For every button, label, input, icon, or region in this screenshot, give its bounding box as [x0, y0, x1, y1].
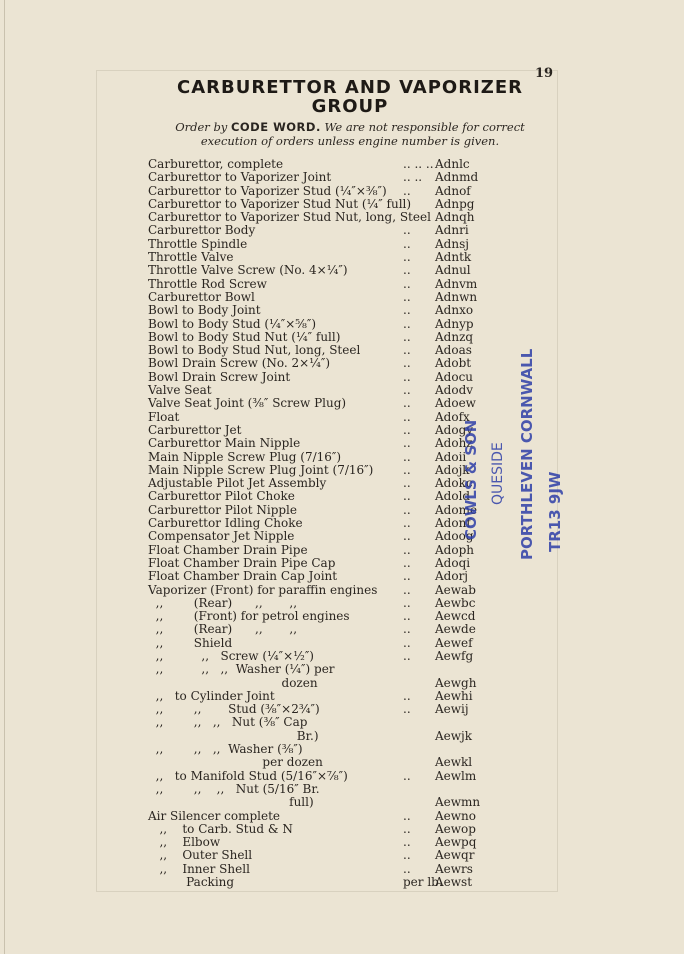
item-leader: ..: [403, 437, 411, 450]
item-leader: .. ..: [403, 171, 422, 184]
item-code-word: Adoew: [435, 397, 476, 410]
list-item: Float Chamber Drain Cap Joint..Adorj: [148, 570, 518, 583]
list-item: ,, ,, ,, Washer (¼″) per: [148, 663, 518, 676]
list-item: Throttle Spindle..Adnsj: [148, 238, 518, 251]
list-item: ,, to Carb. Stud & N..Aewop: [148, 823, 518, 836]
item-description: Valve Seat: [148, 384, 212, 397]
item-code-word: Adnpg: [435, 198, 474, 211]
item-description: Carburettor Jet: [148, 424, 241, 437]
list-item: Packingper lb.Aewst: [148, 876, 518, 889]
title-line-2: GROUP: [140, 97, 560, 116]
list-item: Float Chamber Drain Pipe Cap..Adoqi: [148, 557, 518, 570]
item-code-word: Aewno: [435, 810, 476, 823]
list-item: ,, ,, ,, Washer (⅜″): [148, 743, 518, 756]
list-item: Bowl to Body Stud (¼″×⅝″)..Adnyp: [148, 318, 518, 331]
item-leader: ..: [403, 504, 411, 517]
item-leader: ..: [403, 238, 411, 251]
item-leader: ..: [403, 424, 411, 437]
list-item: dozenAewgh: [148, 677, 518, 690]
item-leader: ..: [403, 185, 411, 198]
list-item: Bowl to Body Stud Nut (¼″ full)..Adnzq: [148, 331, 518, 344]
list-item: ,, ,, Screw (¼″×½″)..Aewfg: [148, 650, 518, 663]
item-leader: ..: [403, 278, 411, 291]
item-code-word: Adorj: [435, 570, 468, 583]
item-code-word: Adnof: [435, 185, 471, 198]
list-item: Br.)Aewjk: [148, 730, 518, 743]
item-leader: ..: [403, 690, 411, 703]
item-description: Adjustable Pilot Jet Assembly: [148, 477, 326, 490]
item-code-word: Adoas: [435, 344, 472, 357]
item-description: ,, ,, ,, Nut (5/16″ Br.: [148, 783, 320, 796]
item-leader: ..: [403, 490, 411, 503]
item-leader: ..: [403, 863, 411, 876]
item-code-word: Adnzq: [435, 331, 473, 344]
item-description: ,, to Carb. Stud & N: [148, 823, 293, 836]
item-code-word: Adnyp: [435, 318, 474, 331]
item-description: Main Nipple Screw Plug Joint (7/16″): [148, 464, 373, 477]
list-item: Throttle Valve Screw (No. 4×¼″)..Adnul: [148, 264, 518, 277]
item-leader: ..: [403, 557, 411, 570]
item-code-word: Aewrs: [435, 863, 473, 876]
item-leader: ..: [403, 637, 411, 650]
item-leader: ..: [403, 650, 411, 663]
item-code-word: Aewpq: [435, 836, 476, 849]
item-leader: ..: [403, 464, 411, 477]
item-description: Float Chamber Drain Pipe: [148, 544, 308, 557]
item-code-word: Aewfg: [435, 650, 473, 663]
item-description: Carburettor to Vaporizer Joint: [148, 171, 331, 184]
list-item: Carburettor Bowl..Adnwn: [148, 291, 518, 304]
item-leader: ..: [403, 836, 411, 849]
item-leader: ..: [403, 371, 411, 384]
stamp-line-1: COWLS & SON: [462, 420, 480, 540]
item-description: Bowl to Body Stud (¼″×⅝″): [148, 318, 316, 331]
item-description: ,, (Rear) ,, ,,: [148, 623, 297, 636]
item-code-word: Adodv: [435, 384, 473, 397]
item-leader: ..: [403, 544, 411, 557]
item-code-word: Aewmn: [435, 796, 480, 809]
item-description: dozen: [148, 677, 318, 690]
item-description: ,, ,, Screw (¼″×½″): [148, 650, 314, 663]
list-item: Throttle Rod Screw..Adnvm: [148, 278, 518, 291]
list-item: Carburettor, complete.. .. ..Adnlc: [148, 158, 518, 171]
item-code-word: Adnlc: [435, 158, 470, 171]
item-leader: ..: [403, 810, 411, 823]
stamp-line-3: PORTHLEVEN CORNWALL: [518, 349, 536, 560]
item-description: Carburettor Bowl: [148, 291, 255, 304]
order-instructions: Order by CODE WORD. We are not responsib…: [150, 120, 550, 148]
item-description: Throttle Spindle: [148, 238, 247, 251]
item-code-word: Adnul: [435, 264, 471, 277]
list-item: Bowl to Body Stud Nut, long, Steel..Adoa…: [148, 344, 518, 357]
item-leader: ..: [403, 823, 411, 836]
item-leader: ..: [403, 517, 411, 530]
list-item: Carburettor to Vaporizer Stud (¼″×⅜″)..A…: [148, 185, 518, 198]
item-code-word: Aewkl: [435, 756, 472, 769]
item-description: ,, ,, Stud (⅜″×2¾″): [148, 703, 320, 716]
list-item: Air Silencer complete..Aewno: [148, 810, 518, 823]
item-description: Throttle Valve Screw (No. 4×¼″): [148, 264, 348, 277]
item-description: Valve Seat Joint (⅜″ Screw Plug): [148, 397, 346, 410]
item-leader: ..: [403, 451, 411, 464]
list-item: ,, (Rear) ,, ,,..Aewde: [148, 623, 518, 636]
item-description: Bowl Drain Screw Joint: [148, 371, 290, 384]
item-description: Vaporizer (Front) for paraffin engines: [148, 584, 377, 597]
list-item: ,, ,, Stud (⅜″×2¾″)..Aewij: [148, 703, 518, 716]
item-code-word: Adnqh: [435, 211, 475, 224]
item-leader: ..: [403, 251, 411, 264]
list-item: Valve Seat Joint (⅜″ Screw Plug)..Adoew: [148, 397, 518, 410]
item-leader: ..: [403, 703, 411, 716]
item-code-word: Aewst: [435, 876, 472, 889]
item-code-word: Aewlm: [435, 770, 476, 783]
list-item: ,, Shield..Aewef: [148, 637, 518, 650]
item-leader: ..: [403, 610, 411, 623]
item-code-word: Adoqi: [435, 557, 470, 570]
item-description: ,, Outer Shell: [148, 849, 252, 862]
item-description: Packing: [148, 876, 234, 889]
list-item: Carburettor to Vaporizer Stud Nut, long,…: [148, 211, 518, 224]
item-description: Carburettor to Vaporizer Stud (¼″×⅜″): [148, 185, 387, 198]
item-leader: .. .. ..: [403, 158, 434, 171]
list-item: Float Chamber Drain Pipe..Adoph: [148, 544, 518, 557]
item-description: Bowl Drain Screw (No. 2×¼″): [148, 357, 330, 370]
item-description: Bowl to Body Stud Nut (¼″ full): [148, 331, 340, 344]
item-description: Float Chamber Drain Cap Joint: [148, 570, 337, 583]
item-description: Carburettor Body: [148, 224, 255, 237]
list-item: per dozenAewkl: [148, 756, 518, 769]
item-description: per dozen: [148, 756, 323, 769]
item-description: Carburettor Pilot Nipple: [148, 504, 297, 517]
item-description: Float Chamber Drain Pipe Cap: [148, 557, 335, 570]
item-leader: ..: [403, 770, 411, 783]
item-code-word: Aewab: [435, 584, 476, 597]
item-description: ,, (Front) for petrol engines: [148, 610, 350, 623]
list-item: Carburettor to Vaporizer Joint.. ..Adnmd: [148, 171, 518, 184]
item-description: ,, (Rear) ,, ,,: [148, 597, 297, 610]
item-code-word: Adoph: [435, 544, 474, 557]
item-leader: ..: [403, 344, 411, 357]
list-item: ,, ,, ,, Nut (5/16″ Br.: [148, 783, 518, 796]
list-item: Throttle Valve..Adntk: [148, 251, 518, 264]
list-item: ,, to Cylinder Joint..Aewhi: [148, 690, 518, 703]
item-code-word: Adnvm: [435, 278, 477, 291]
item-leader: ..: [403, 357, 411, 370]
item-leader: ..: [403, 397, 411, 410]
item-code-word: Aewgh: [435, 677, 476, 690]
list-item: Carburettor to Vaporizer Stud Nut (¼″ fu…: [148, 198, 518, 211]
item-leader: ..: [403, 477, 411, 490]
item-description: ,, to Cylinder Joint: [148, 690, 275, 703]
item-description: full): [148, 796, 314, 809]
item-description: Air Silencer complete: [148, 810, 280, 823]
item-leader: ..: [403, 384, 411, 397]
item-code-word: Adnwn: [435, 291, 477, 304]
list-item: Bowl to Body Joint..Adnxo: [148, 304, 518, 317]
instructions-bold: CODE WORD.: [231, 120, 321, 134]
item-description: Carburettor Idling Choke: [148, 517, 303, 530]
item-description: Compensator Jet Nipple: [148, 530, 294, 543]
list-item: ,, Elbow..Aewpq: [148, 836, 518, 849]
item-code-word: Aewef: [435, 637, 473, 650]
item-description: ,, ,, ,, Washer (⅜″): [148, 743, 303, 756]
item-leader: ..: [403, 597, 411, 610]
item-code-word: Aewjk: [435, 730, 472, 743]
stamp-line-4: TR13 9JW: [546, 472, 564, 552]
item-description: Bowl to Body Stud Nut, long, Steel: [148, 344, 360, 357]
item-leader: ..: [403, 623, 411, 636]
item-code-word: Aewde: [435, 623, 476, 636]
item-code-word: Adnri: [435, 224, 469, 237]
item-code-word: Adocu: [435, 371, 473, 384]
item-description: Br.): [148, 730, 319, 743]
title-line-1: CARBURETTOR AND VAPORIZER: [140, 78, 560, 97]
item-leader: ..: [403, 849, 411, 862]
list-item: Carburettor Body..Adnri: [148, 224, 518, 237]
item-leader: ..: [403, 411, 411, 424]
item-leader: ..: [403, 318, 411, 331]
list-item: ,, to Manifold Stud (5/16″×⅞″)..Aewlm: [148, 770, 518, 783]
item-leader: ..: [403, 570, 411, 583]
item-description: Main Nipple Screw Plug (7/16″): [148, 451, 341, 464]
item-leader: ..: [403, 304, 411, 317]
item-leader: ..: [403, 224, 411, 237]
list-item: ,, Inner Shell..Aewrs: [148, 863, 518, 876]
item-description: ,, ,, ,, Nut (⅜″ Cap: [148, 716, 307, 729]
item-description: Float: [148, 411, 179, 424]
list-item: Bowl Drain Screw Joint..Adocu: [148, 371, 518, 384]
list-item: Valve Seat..Adodv: [148, 384, 518, 397]
item-description: ,, to Manifold Stud (5/16″×⅞″): [148, 770, 348, 783]
page-title: CARBURETTOR AND VAPORIZER GROUP: [140, 78, 560, 116]
list-item: ,, (Rear) ,, ,,..Aewbc: [148, 597, 518, 610]
item-description: Bowl to Body Joint: [148, 304, 261, 317]
item-code-word: Adnmd: [435, 171, 478, 184]
item-description: ,, ,, ,, Washer (¼″) per: [148, 663, 335, 676]
stamp-line-2: QUESIDE: [490, 442, 506, 505]
list-item: full)Aewmn: [148, 796, 518, 809]
item-description: Throttle Rod Screw: [148, 278, 267, 291]
item-description: ,, Shield: [148, 637, 232, 650]
item-leader: ..: [403, 264, 411, 277]
item-code-word: Adnxo: [435, 304, 473, 317]
item-description: Carburettor to Vaporizer Stud Nut (¼″ fu…: [148, 198, 411, 211]
item-code-word: Adobt: [435, 357, 471, 370]
instructions-pre: Order by: [175, 120, 227, 134]
list-item: Vaporizer (Front) for paraffin engines..…: [148, 584, 518, 597]
item-description: Carburettor Main Nipple: [148, 437, 300, 450]
page-edge: [4, 0, 5, 954]
item-code-word: Aewij: [435, 703, 469, 716]
list-item: ,, ,, ,, Nut (⅜″ Cap: [148, 716, 518, 729]
list-item: Bowl Drain Screw (No. 2×¼″)..Adobt: [148, 357, 518, 370]
item-description: Throttle Valve: [148, 251, 234, 264]
item-leader: ..: [403, 530, 411, 543]
item-leader: ..: [403, 291, 411, 304]
item-code-word: Aewbc: [435, 597, 475, 610]
item-description: ,, Inner Shell: [148, 863, 250, 876]
item-description: Carburettor to Vaporizer Stud Nut, long,…: [148, 211, 431, 224]
list-item: ,, (Front) for petrol engines..Aewcd: [148, 610, 518, 623]
item-code-word: Aewcd: [435, 610, 475, 623]
item-code-word: Aewhi: [435, 690, 473, 703]
item-code-word: Aewqr: [435, 849, 474, 862]
item-code-word: Adnsj: [435, 238, 469, 251]
list-item: ,, Outer Shell..Aewqr: [148, 849, 518, 862]
item-description: Carburettor Pilot Choke: [148, 490, 295, 503]
item-leader: ..: [403, 331, 411, 344]
item-leader: ..: [403, 584, 411, 597]
item-code-word: Aewop: [435, 823, 476, 836]
item-code-word: Adntk: [435, 251, 471, 264]
item-description: Carburettor, complete: [148, 158, 283, 171]
item-description: ,, Elbow: [148, 836, 220, 849]
